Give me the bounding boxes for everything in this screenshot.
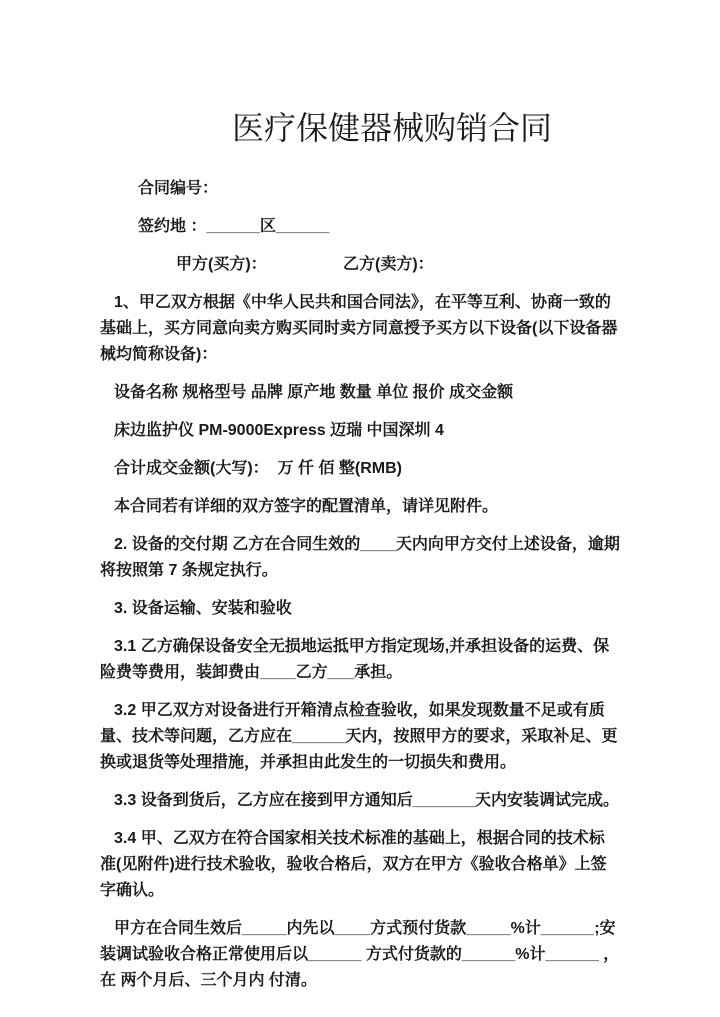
equipment-table-row: 床边监护仪 PM-9000Express 迈瑞 中国深圳 4 [100,418,620,444]
contract-page: 医疗保健器械购销合同合同编号：签约地 ：______区______甲方(买方)：… [0,0,720,1017]
total-amount-line: 合计成交金额(大写)： 万 仟 佰 整(RMB) [100,456,620,482]
clause-3-heading: 3. 设备运输、安装和验收 [100,596,620,622]
clause-3-4-acceptance: 3.4 甲、乙双方在符合国家相关技术标准的基础上，根据合同的技术标准(见附件)进… [100,826,620,904]
clause-2-delivery: 2. 设备的交付期 乙方在合同生效的____天内向甲方交付上述设备，逾期将按照第… [100,532,620,584]
document-title: 医疗保健器械购销合同 [100,108,620,148]
signing-place-line: 签约地 ：______区______ [100,214,620,240]
equipment-table-header: 设备名称 规格型号 品牌 原产地 数量 单位 报价 成交金额 [100,380,620,406]
parties-line: 甲方(买方)：乙方(卖方)： [100,252,620,278]
clause-intro: 1、甲乙双方根据《中华人民共和国合同法》，在平等互利、协商一致的基础上，买方同意… [100,290,620,368]
clause-3-2-inspection: 3.2 甲乙双方对设备进行开箱清点检查验收，如果发现数量不足或有质量、技术等问题… [100,698,620,776]
party-a-label: 甲方(买方)： [138,252,343,278]
attachment-note: 本合同若有详细的双方签字的配置清单，请详见附件。 [100,494,620,520]
clause-3-3-installation: 3.3 设备到货后，乙方应在接到甲方通知后_______天内安装调试完成。 [100,788,620,814]
party-b-label: 乙方(卖方)： [343,256,434,273]
clause-3-1-transport: 3.1 乙方确保设备安全无损地运抵甲方指定现场,并承担设备的运费、保险费等费用，… [100,634,620,686]
clause-payment-terms: 甲方在合同生效后_____内先以____方式预付货款_____%计______;… [100,916,620,994]
contract-number-line: 合同编号： [100,176,620,202]
